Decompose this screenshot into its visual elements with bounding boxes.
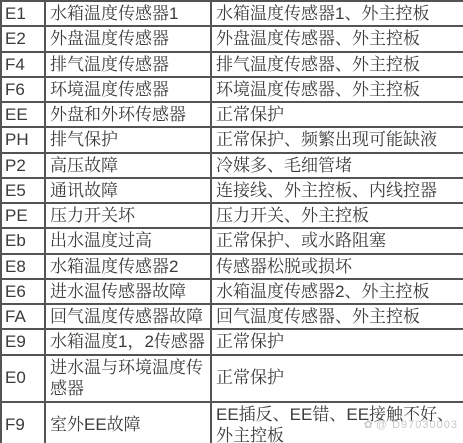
fault-code-cell: E1 <box>1 1 45 26</box>
table-row: E8 水箱温度传感器2 传感器松脱或损坏 <box>1 254 463 279</box>
fault-cause-cell: 正常保护 <box>211 102 463 127</box>
fault-code-cell: E8 <box>1 254 45 279</box>
fault-code-cell: EE <box>1 102 45 127</box>
fault-code-cell: Eb <box>1 228 45 253</box>
fault-name-cell: 外盘和外环传感器 <box>45 102 211 127</box>
fault-name-cell: 排气保护 <box>45 127 211 152</box>
fault-code-cell: E9 <box>1 329 45 354</box>
fault-cause-cell: 回气温度传感器、外主控板 <box>211 304 463 329</box>
fault-code-cell: PH <box>1 127 45 152</box>
fault-name-cell: 出水温度过高 <box>45 228 211 253</box>
fault-code-cell: E2 <box>1 26 45 51</box>
table-row: F9 室外EE故障 EE插反、EE错、EE接触不好、外主控板 <box>1 402 463 443</box>
fault-cause-cell: 正常保护、或水路阻塞 <box>211 228 463 253</box>
fault-code-cell: E6 <box>1 279 45 304</box>
fault-cause-cell: 正常保护 <box>211 355 463 402</box>
table-row: F6 环境温度传感器 环境温度传感器、外主控板 <box>1 77 463 102</box>
fault-code-cell: F9 <box>1 402 45 443</box>
fault-code-cell: FA <box>1 304 45 329</box>
fault-code-cell: E0 <box>1 355 45 402</box>
fault-code-cell: F4 <box>1 52 45 77</box>
table-row: E2 外盘温度传感器 外盘温度传感器、外主控板 <box>1 26 463 51</box>
fault-code-cell: PE <box>1 203 45 228</box>
fault-cause-cell: EE插反、EE错、EE接触不好、外主控板 <box>211 402 463 443</box>
fault-cause-cell: 连接线、外主控板、内线控器 <box>211 178 463 203</box>
fault-cause-cell: 正常保护 <box>211 329 463 354</box>
fault-cause-cell: 水箱温度传感器1、外主控板 <box>211 1 463 26</box>
fault-name-cell: 水箱温度传感器2 <box>45 254 211 279</box>
fault-name-cell: 通讯故障 <box>45 178 211 203</box>
table-row: PE 压力开关坏 压力开关、外主控板 <box>1 203 463 228</box>
fault-cause-cell: 外盘温度传感器、外主控板 <box>211 26 463 51</box>
table-row: P2 高压故障 冷媒多、毛细管堵 <box>1 153 463 178</box>
table-row: E6 进水温传感器故障 水箱温度传感器2、外主控板 <box>1 279 463 304</box>
fault-code-table: E1 水箱温度传感器1 水箱温度传感器1、外主控板 E2 外盘温度传感器 外盘温… <box>0 0 463 443</box>
fault-cause-cell: 水箱温度传感器2、外主控板 <box>211 279 463 304</box>
fault-name-cell: 环境温度传感器 <box>45 77 211 102</box>
fault-name-cell: 外盘温度传感器 <box>45 26 211 51</box>
fault-name-cell: 水箱温度1，2传感器 <box>45 329 211 354</box>
fault-code-cell: P2 <box>1 153 45 178</box>
fault-cause-cell: 传感器松脱或损坏 <box>211 254 463 279</box>
fault-cause-cell: 冷媒多、毛细管堵 <box>211 153 463 178</box>
fault-cause-cell: 排气温度传感器、外主控板 <box>211 52 463 77</box>
table-row: E5 通讯故障 连接线、外主控板、内线控器 <box>1 178 463 203</box>
fault-name-cell: 回气温度传感器故障 <box>45 304 211 329</box>
fault-cause-cell: 正常保护、频繁出现可能缺液 <box>211 127 463 152</box>
fault-code-page: E1 水箱温度传感器1 水箱温度传感器1、外主控板 E2 外盘温度传感器 外盘温… <box>0 0 463 443</box>
fault-code-cell: F6 <box>1 77 45 102</box>
fault-name-cell: 进水温与环境温度传感器 <box>45 355 211 402</box>
fault-name-cell: 压力开关坏 <box>45 203 211 228</box>
fault-name-cell: 室外EE故障 <box>45 402 211 443</box>
table-row: FA 回气温度传感器故障 回气温度传感器、外主控板 <box>1 304 463 329</box>
fault-code-cell: E5 <box>1 178 45 203</box>
fault-name-cell: 进水温传感器故障 <box>45 279 211 304</box>
table-row: E1 水箱温度传感器1 水箱温度传感器1、外主控板 <box>1 1 463 26</box>
table-row: Eb 出水温度过高 正常保护、或水路阻塞 <box>1 228 463 253</box>
fault-cause-cell: 环境温度传感器、外主控板 <box>211 77 463 102</box>
fault-name-cell: 排气温度传感器 <box>45 52 211 77</box>
fault-name-cell: 高压故障 <box>45 153 211 178</box>
fault-cause-cell: 压力开关、外主控板 <box>211 203 463 228</box>
table-row: PH 排气保护 正常保护、频繁出现可能缺液 <box>1 127 463 152</box>
fault-name-cell: 水箱温度传感器1 <box>45 1 211 26</box>
table-row: E0 进水温与环境温度传感器 正常保护 <box>1 355 463 402</box>
table-row: EE 外盘和外环传感器 正常保护 <box>1 102 463 127</box>
table-row: E9 水箱温度1，2传感器 正常保护 <box>1 329 463 354</box>
table-row: F4 排气温度传感器 排气温度传感器、外主控板 <box>1 52 463 77</box>
